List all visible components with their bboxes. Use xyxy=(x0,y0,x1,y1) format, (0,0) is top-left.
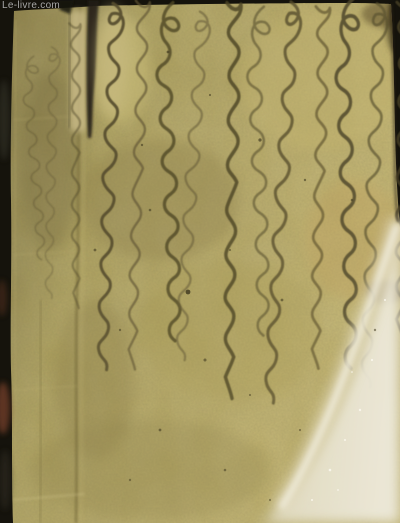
red-stain xyxy=(0,382,10,434)
spine-crease xyxy=(40,300,41,523)
watermark-text: Le-livre.com xyxy=(2,0,60,12)
book-cover-photo-canvas xyxy=(0,0,400,523)
book-photo: Le-livre.com xyxy=(0,0,400,523)
